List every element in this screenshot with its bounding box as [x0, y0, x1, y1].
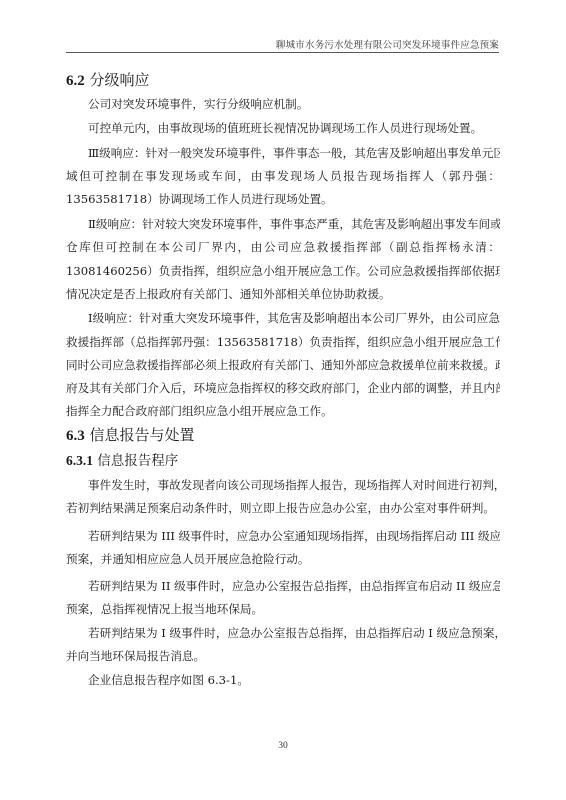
section-heading-6-2: 6.2 分级响应: [66, 70, 150, 91]
subsection-heading-6-3-1: 6.3.1 信息报告程序: [66, 452, 178, 470]
paragraph-line: 指挥全力配合政府部门组织应急小组开展应急工作。: [66, 403, 500, 419]
paragraph-line: 府及其有关部门介入后，环境应急指挥权的移交政府部门，企业内部的调整，并且内部: [66, 380, 500, 396]
paragraph-line: Ⅰ级响应：针对重大突发环境事件，其危害及影响超出本公司厂界外，由公司应急: [88, 310, 500, 326]
paragraph-line: 同时公司应急救援指挥部必须上报政府有关部门、通知外部应急救援单位前来救援。政: [66, 357, 500, 373]
paragraph-line: 预案，总指挥视情况上报当地环保局。: [66, 601, 500, 617]
paragraph-line: 救援指挥部（总指挥郭丹强：13563581718）负责指挥，组织应急小组开展应急…: [66, 334, 500, 350]
paragraph-line: 并向当地环保局报告消息。: [66, 648, 500, 664]
paragraph-line: 若研判结果为 III 级事件时，应急办公室通知现场指挥，由现场指挥启动 III …: [88, 528, 500, 544]
paragraph-line: 若初判结果满足预案启动条件时，则立即上报告应急办公室，由办公室对事件研判。: [66, 500, 500, 516]
section-number: 6.3: [66, 428, 85, 444]
paragraph-line: 域但可控制在事发现场或车间，由事发现场人员报告现场指挥人（郭丹强：: [66, 168, 500, 184]
paragraph-line: 若研判结果为 II 级事件时，应急办公室报告总指挥，由总指挥宣布启动 II 级应…: [88, 578, 500, 594]
section-title: 分级响应: [90, 71, 150, 89]
header-divider: [66, 52, 499, 53]
paragraph-line: 企业信息报告程序如图 6.3-1。: [88, 672, 500, 688]
document-page: 聊城市水务污水处理有限公司突发环境事件应急预案 6.2 分级响应 公司对突发环境…: [0, 0, 566, 800]
section-title: 信息报告程序: [97, 453, 178, 469]
paragraph-line: 若研判结果为 I 级事件时，应急办公室报告总指挥，由总指挥启动 I 级应急预案，: [88, 625, 500, 641]
paragraph-line: Ⅲ级响应：针对一般突发环境事件，事件事态一般，其危害及影响超出事发单元区: [88, 145, 500, 161]
paragraph-line: 预案，并通知相应应急人员开展应急抢险行动。: [66, 551, 500, 567]
paragraph-line: Ⅱ级响应：针对较大突发环境事件，事件事态严重，其危害及影响超出事发车间或: [88, 216, 500, 232]
paragraph-line: 可控单元内，由事故现场的值班班长视情况协调现场工作人员进行现场处置。: [88, 120, 500, 136]
section-title: 信息报告与处置: [90, 426, 195, 444]
section-number: 6.3.1: [66, 453, 93, 468]
section-heading-6-3: 6.3 信息报告与处置: [66, 425, 195, 446]
paragraph-line: 情况决定是否上报政府有关部门、通知外部相关单位协助救援。: [66, 286, 500, 302]
section-number: 6.2: [66, 73, 85, 89]
paragraph-line: 13081460256）负责指挥，组织应急小组开展应急工作。公司应急救援指挥部依…: [66, 263, 500, 279]
page-number: 30: [0, 741, 566, 751]
paragraph-line: 公司对突发环境事件，实行分级响应机制。: [88, 96, 500, 112]
running-header: 聊城市水务污水处理有限公司突发环境事件应急预案: [66, 37, 499, 51]
paragraph-line: 13563581718）协调现场工作人员进行现场处置。: [66, 191, 500, 207]
paragraph-line: 仓库但可控制在本公司厂界内，由公司应急救援指挥部（副总指挥杨永清：: [66, 239, 500, 255]
paragraph-line: 事件发生时，事故发现者向该公司现场指挥人报告，现场指挥人对时间进行初判，: [88, 477, 500, 493]
